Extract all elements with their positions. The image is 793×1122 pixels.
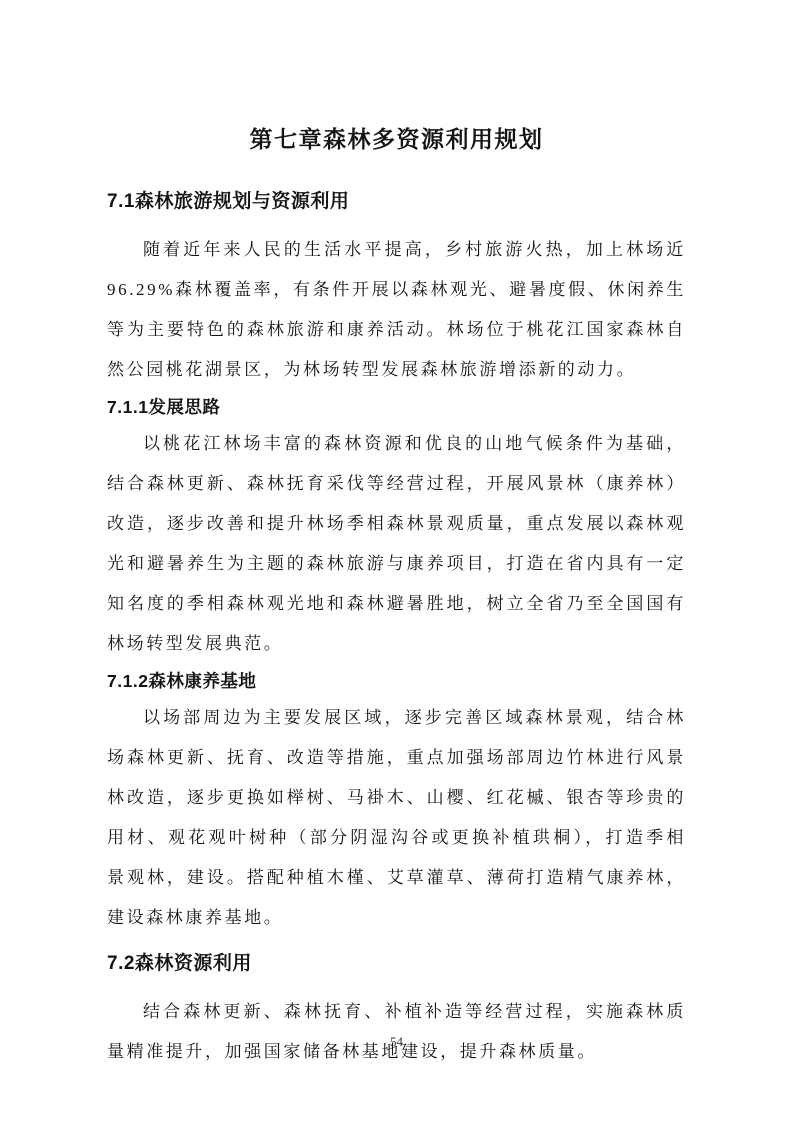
section-7-1-1: 7.1.1发展思路 以桃花江林场丰富的森林资源和优良的山地气候条件为基础，结合森…: [107, 394, 686, 664]
paragraph: 随着近年来人民的生活水平提高，乡村旅游火热，加上林场近96.29%森林覆盖率，有…: [107, 230, 686, 390]
section-heading-7-1: 7.1森林旅游规划与资源利用: [107, 188, 686, 216]
section-7-1-2: 7.1.2森林康养基地 以场部周边为主要发展区域，逐步完善区域森林景观，结合林场…: [107, 668, 686, 938]
paragraph: 以桃花江林场丰富的森林资源和优良的山地气候条件为基础，结合森林更新、森林抚育采伐…: [107, 424, 686, 664]
paragraph: 结合森林更新、森林抚育、补植补造等经营过程，实施森林质量精准提升，加强国家储备林…: [107, 992, 686, 1072]
chapter-title: 第七章森林多资源利用规划: [107, 122, 686, 156]
paragraph: 以场部周边为主要发展区域，逐步完善区域森林景观，结合林场森林更新、抚育、改造等措…: [107, 698, 686, 938]
section-heading-7-1-1: 7.1.1发展思路: [107, 394, 686, 420]
document-page: 第七章森林多资源利用规划 7.1森林旅游规划与资源利用 随着近年来人民的生活水平…: [0, 0, 793, 1122]
section-heading-7-2: 7.2森林资源利用: [107, 950, 686, 978]
section-7-1: 7.1森林旅游规划与资源利用 随着近年来人民的生活水平提高，乡村旅游火热，加上林…: [107, 188, 686, 390]
page-number: 54: [0, 1034, 793, 1050]
section-7-2: 7.2森林资源利用 结合森林更新、森林抚育、补植补造等经营过程，实施森林质量精准…: [107, 950, 686, 1072]
section-heading-7-1-2: 7.1.2森林康养基地: [107, 668, 686, 694]
